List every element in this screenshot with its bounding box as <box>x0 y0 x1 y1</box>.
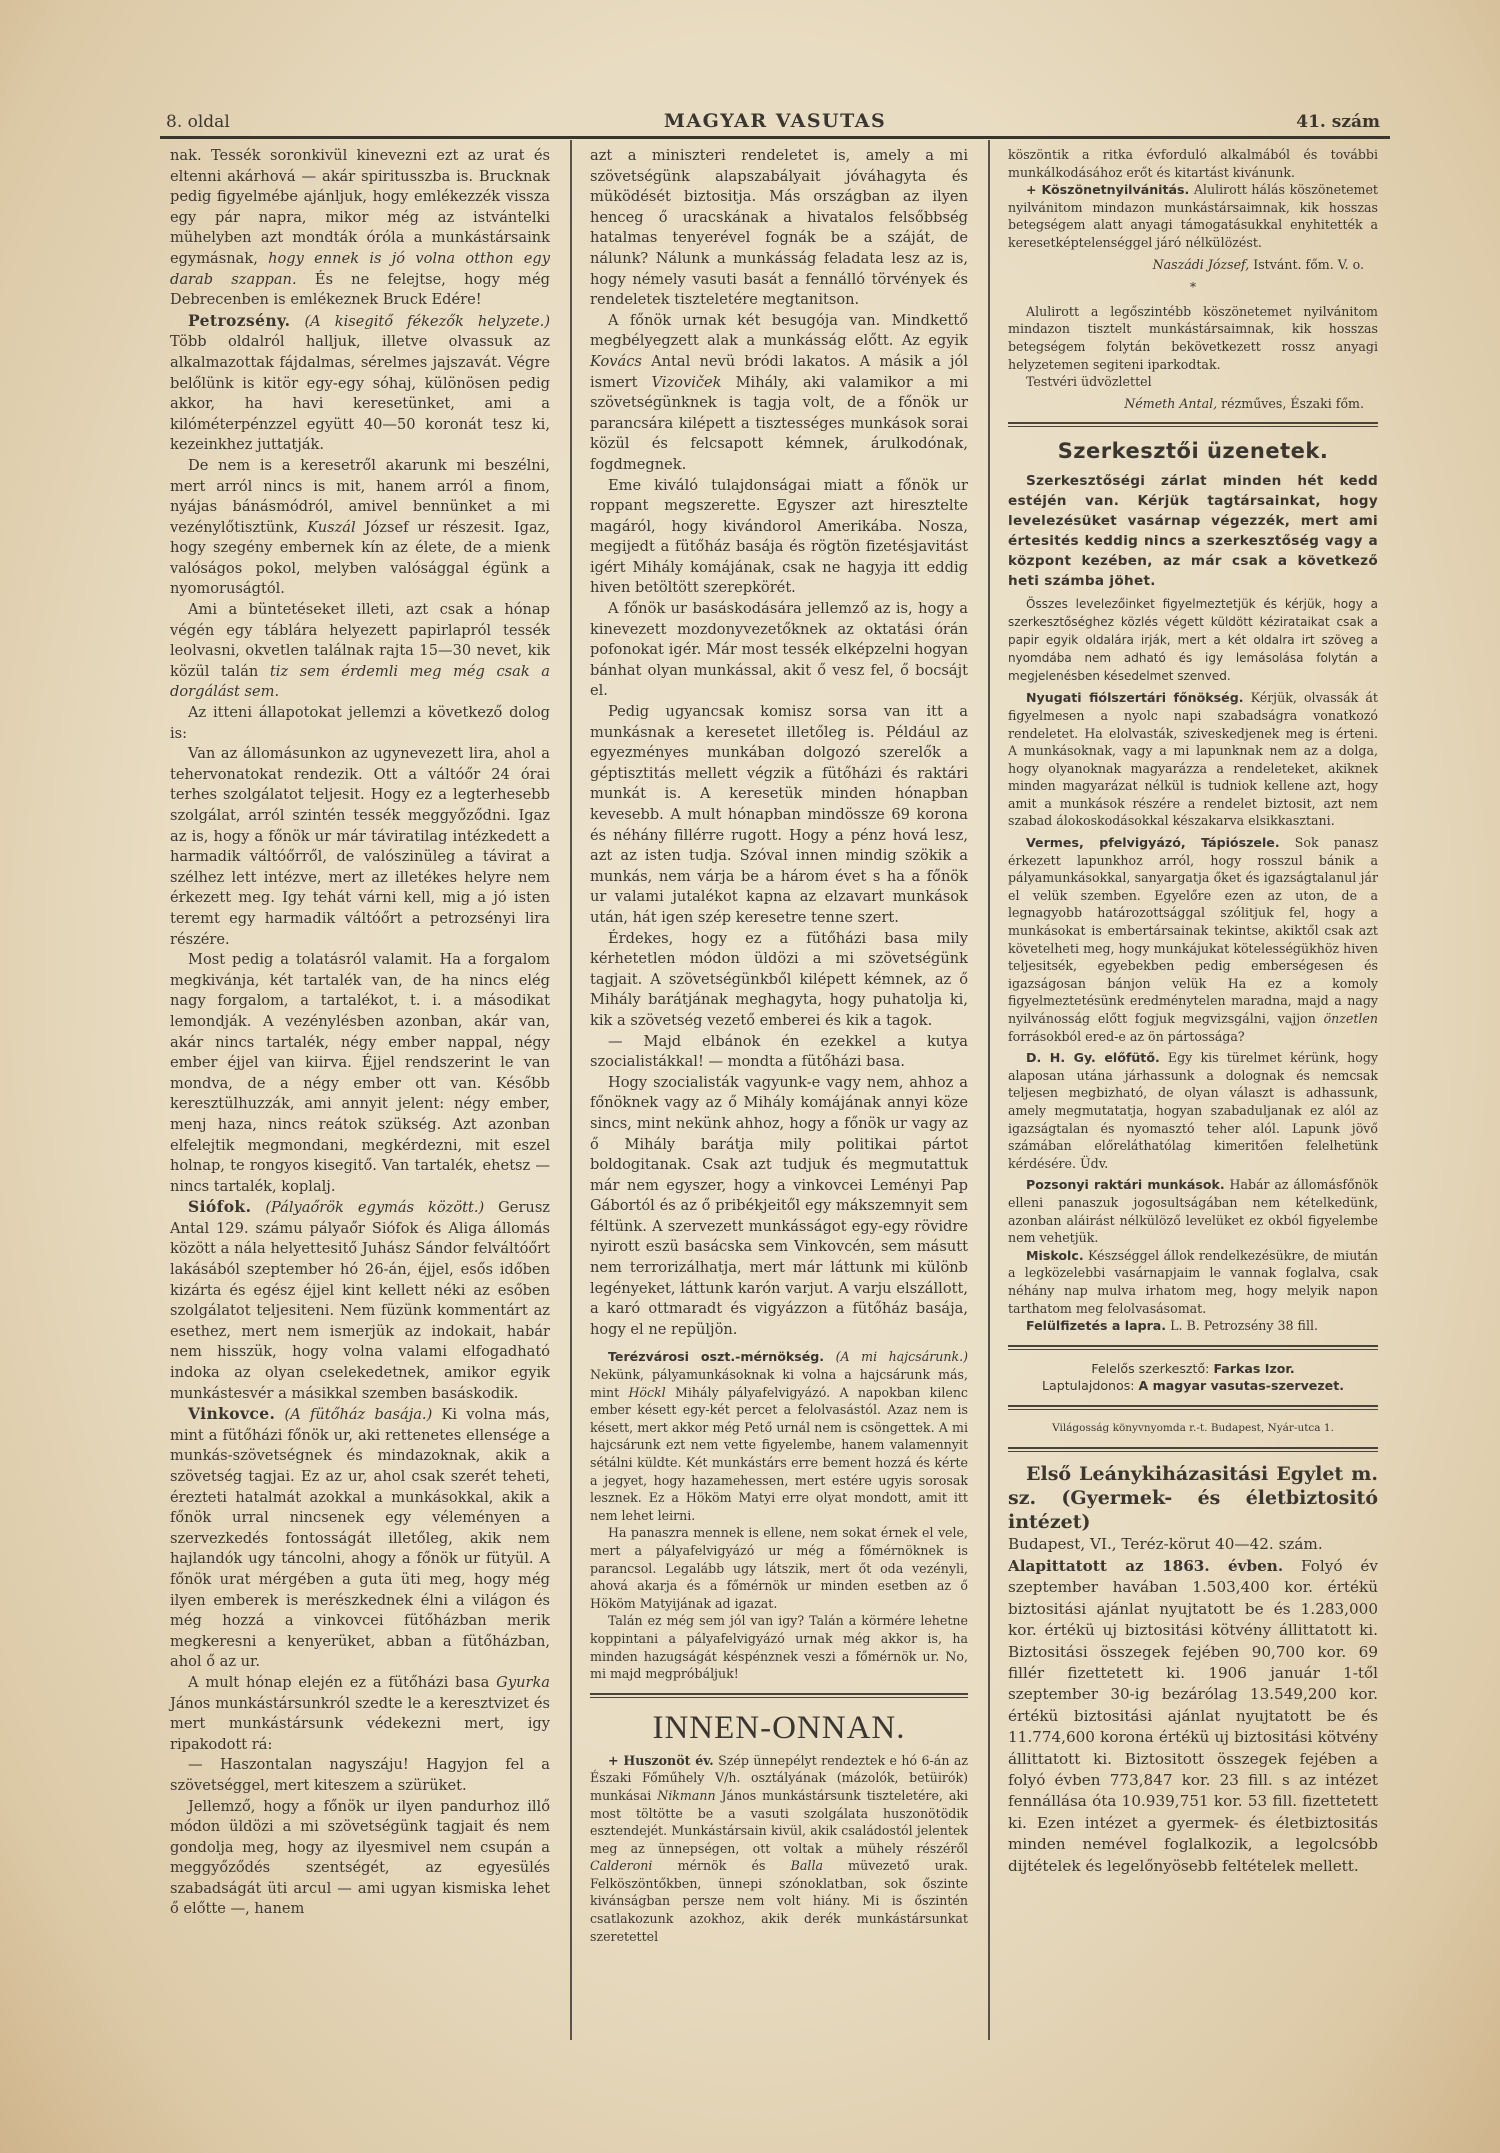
column-divider <box>988 140 990 2040</box>
paragraph: A főnök ur basáskodására jellemző az is,… <box>590 599 968 702</box>
paragraph: Az itteni állapotokat jellemzi a követke… <box>170 703 550 744</box>
article-vinkovce: Vinkovce. (A fütőház basája.) Ki volna m… <box>170 1404 550 1673</box>
section-rule <box>590 1693 968 1698</box>
reply-nyugati: Nyugati fiólszertári főnökség. Kérjük, o… <box>1008 689 1378 830</box>
section-rule <box>1008 1405 1378 1410</box>
paragraph: nak. Tessék soronkivül kinevezni ezt az … <box>170 146 550 311</box>
notice-levelezok: Összes levelezőinket figyelmeztetjük és … <box>1008 595 1378 685</box>
paragraph: Talán ez még sem jól van igy? Talán a kö… <box>590 1612 968 1682</box>
paragraph: Ha panaszra mennek is ellene, nem sokat … <box>590 1524 968 1612</box>
advertisement-leanykihazasitasi: Első Leánykiházasitási Egylet m. sz. (Gy… <box>1008 1462 1378 1877</box>
paragraph: Érdekes, hogy ez a fütőházi basa mily ké… <box>590 929 968 1032</box>
article-heading: Vermes, pfelvigyázó, Tápiószele. <box>1026 835 1280 850</box>
ad-title: Első Leánykiházasitási Egylet m. sz. (Gy… <box>1008 1462 1378 1534</box>
column-middle: azt a miniszteri rendeletet is, amely a … <box>590 146 968 1945</box>
section-rule <box>1008 1447 1378 1452</box>
separator-star: * <box>1008 279 1378 297</box>
section-rule <box>1008 422 1378 427</box>
article-siofok: Siófok. (Pályaőrök egymás között.) Gerus… <box>170 1197 550 1404</box>
paragraph: azt a miniszteri rendeletet is, amely a … <box>590 146 968 311</box>
paragraph: Most pedig a tolatásról valamit. Ha a fo… <box>170 950 550 1197</box>
newspaper-title: MAGYAR VASUTAS <box>160 110 1390 132</box>
paragraph: Hogy szocialisták vagyunk-e vagy nem, ah… <box>590 1073 968 1341</box>
article-heading: Petrozsény. <box>188 311 290 330</box>
paragraph: Alulirott a legőszintébb köszönetemet ny… <box>1008 303 1378 373</box>
section-title-szerkesztoi: Szerkesztői üzenetek. <box>1008 437 1378 465</box>
article-heading: Vinkovce. <box>188 1404 275 1423</box>
ad-text: Alapittatott az 1863. évben. Folyó év sz… <box>1008 1556 1378 1877</box>
article-heading: + Köszönetnyilvánitás. <box>1026 182 1189 197</box>
notice-koszonet: + Köszönetnyilvánitás. Alulirott hálás k… <box>1008 181 1378 251</box>
header-rule <box>160 136 1390 139</box>
greeting: Testvéri üdvözlettel <box>1008 373 1378 391</box>
article-heading: + Huszonöt év. <box>608 1753 714 1768</box>
signature: Németh Antal, rézműves, Északi főm. <box>1008 395 1364 413</box>
editor-line: Felelős szerkesztő: Farkas Izor. <box>1008 1360 1378 1378</box>
paragraph: — Haszontalan nagyszáju! Hagyjon fel a s… <box>170 1755 550 1796</box>
paragraph: De nem is a keresetről akarunk mi beszél… <box>170 456 550 600</box>
section-title-innen-onnan: INNEN-ONNAN. <box>590 1708 968 1748</box>
column-right: köszöntik a ritka évforduló alkalmából é… <box>1008 146 1378 1877</box>
reply-dhgy: D. H. Gy. előfütő. Egy kis türelmet kérü… <box>1008 1049 1378 1172</box>
article-petrozseny: Petrozsény. (A kisegitő fékezők helyzete… <box>170 311 550 456</box>
article-heading: Felülfizetés a lapra. <box>1026 1318 1166 1333</box>
notice-zarlat: Szerkesztőségi zárlat minden hét kedd es… <box>1008 471 1378 591</box>
article-terezvaros: Terézvárosi oszt.-mérnökség. (A mi hajcs… <box>590 1348 968 1682</box>
paragraph: Ami a büntetéseket illeti, azt csak a hó… <box>170 600 550 703</box>
paragraph: köszöntik a ritka évforduló alkalmából é… <box>1008 146 1378 181</box>
article-heading: Pozsonyi raktári munkások. <box>1026 1177 1225 1192</box>
column-left: nak. Tessék soronkivül kinevezni ezt az … <box>170 146 550 1920</box>
issue-number: 41. szám <box>1296 112 1380 132</box>
section-rule <box>1008 1345 1378 1350</box>
reply-miskolc: Miskolc. Készséggel állok rendelkezésükr… <box>1008 1247 1378 1317</box>
ad-address: Budapest, VI., Teréz-körut 40—42. szám. <box>1008 1534 1378 1555</box>
paragraph: Van az állomásunkon az ugynevezett lira,… <box>170 744 550 950</box>
article-heading: D. H. Gy. előfütő. <box>1026 1050 1160 1065</box>
article-heading: Miskolc. <box>1026 1248 1084 1263</box>
reply-felulfizetes: Felülfizetés a lapra. L. B. Petrozsény 3… <box>1008 1317 1378 1335</box>
reply-vermes: Vermes, pfelvigyázó, Tápiószele. Sok pan… <box>1008 834 1378 1045</box>
printer-line: Világosság könyvnyomda r.-t. Budapest, N… <box>1008 1420 1378 1438</box>
paragraph: Eme kiváló tulajdonságai miatt a főnök u… <box>590 476 968 600</box>
article-huszonot-ev: + Huszonöt év. Szép ünnepélyt rendeztek … <box>590 1752 968 1946</box>
paragraph: Pedig ugyancsak komisz sorsa van itt a m… <box>590 702 968 929</box>
paragraph: A főnök urnak két besugója van. Mindkett… <box>590 311 968 476</box>
paragraph: Jellemző, hogy a főnök ur ilyen pandurho… <box>170 1797 550 1921</box>
owner-line: Laptulajdonos: A magyar vasutas-szerveze… <box>1008 1377 1378 1395</box>
page-header: 8. oldal MAGYAR VASUTAS 41. szám <box>160 108 1390 136</box>
article-heading: Siófok. <box>188 1197 251 1216</box>
article-heading: Nyugati fiólszertári főnökség. <box>1026 690 1244 705</box>
paragraph: A mult hónap elején ez a fütőházi basa G… <box>170 1673 550 1755</box>
column-divider <box>570 140 572 2040</box>
reply-pozsonyi: Pozsonyi raktári munkások. Habár az állo… <box>1008 1176 1378 1246</box>
paragraph: — Majd elbánok én ezekkel a kutya szocia… <box>590 1032 968 1073</box>
signature: Naszádi József, Istvánt. főm. V. o. <box>1008 256 1364 274</box>
article-heading: Terézvárosi oszt.-mérnökség. <box>608 1349 824 1364</box>
newspaper-page: 8. oldal MAGYAR VASUTAS 41. szám nak. Te… <box>160 108 1390 2048</box>
